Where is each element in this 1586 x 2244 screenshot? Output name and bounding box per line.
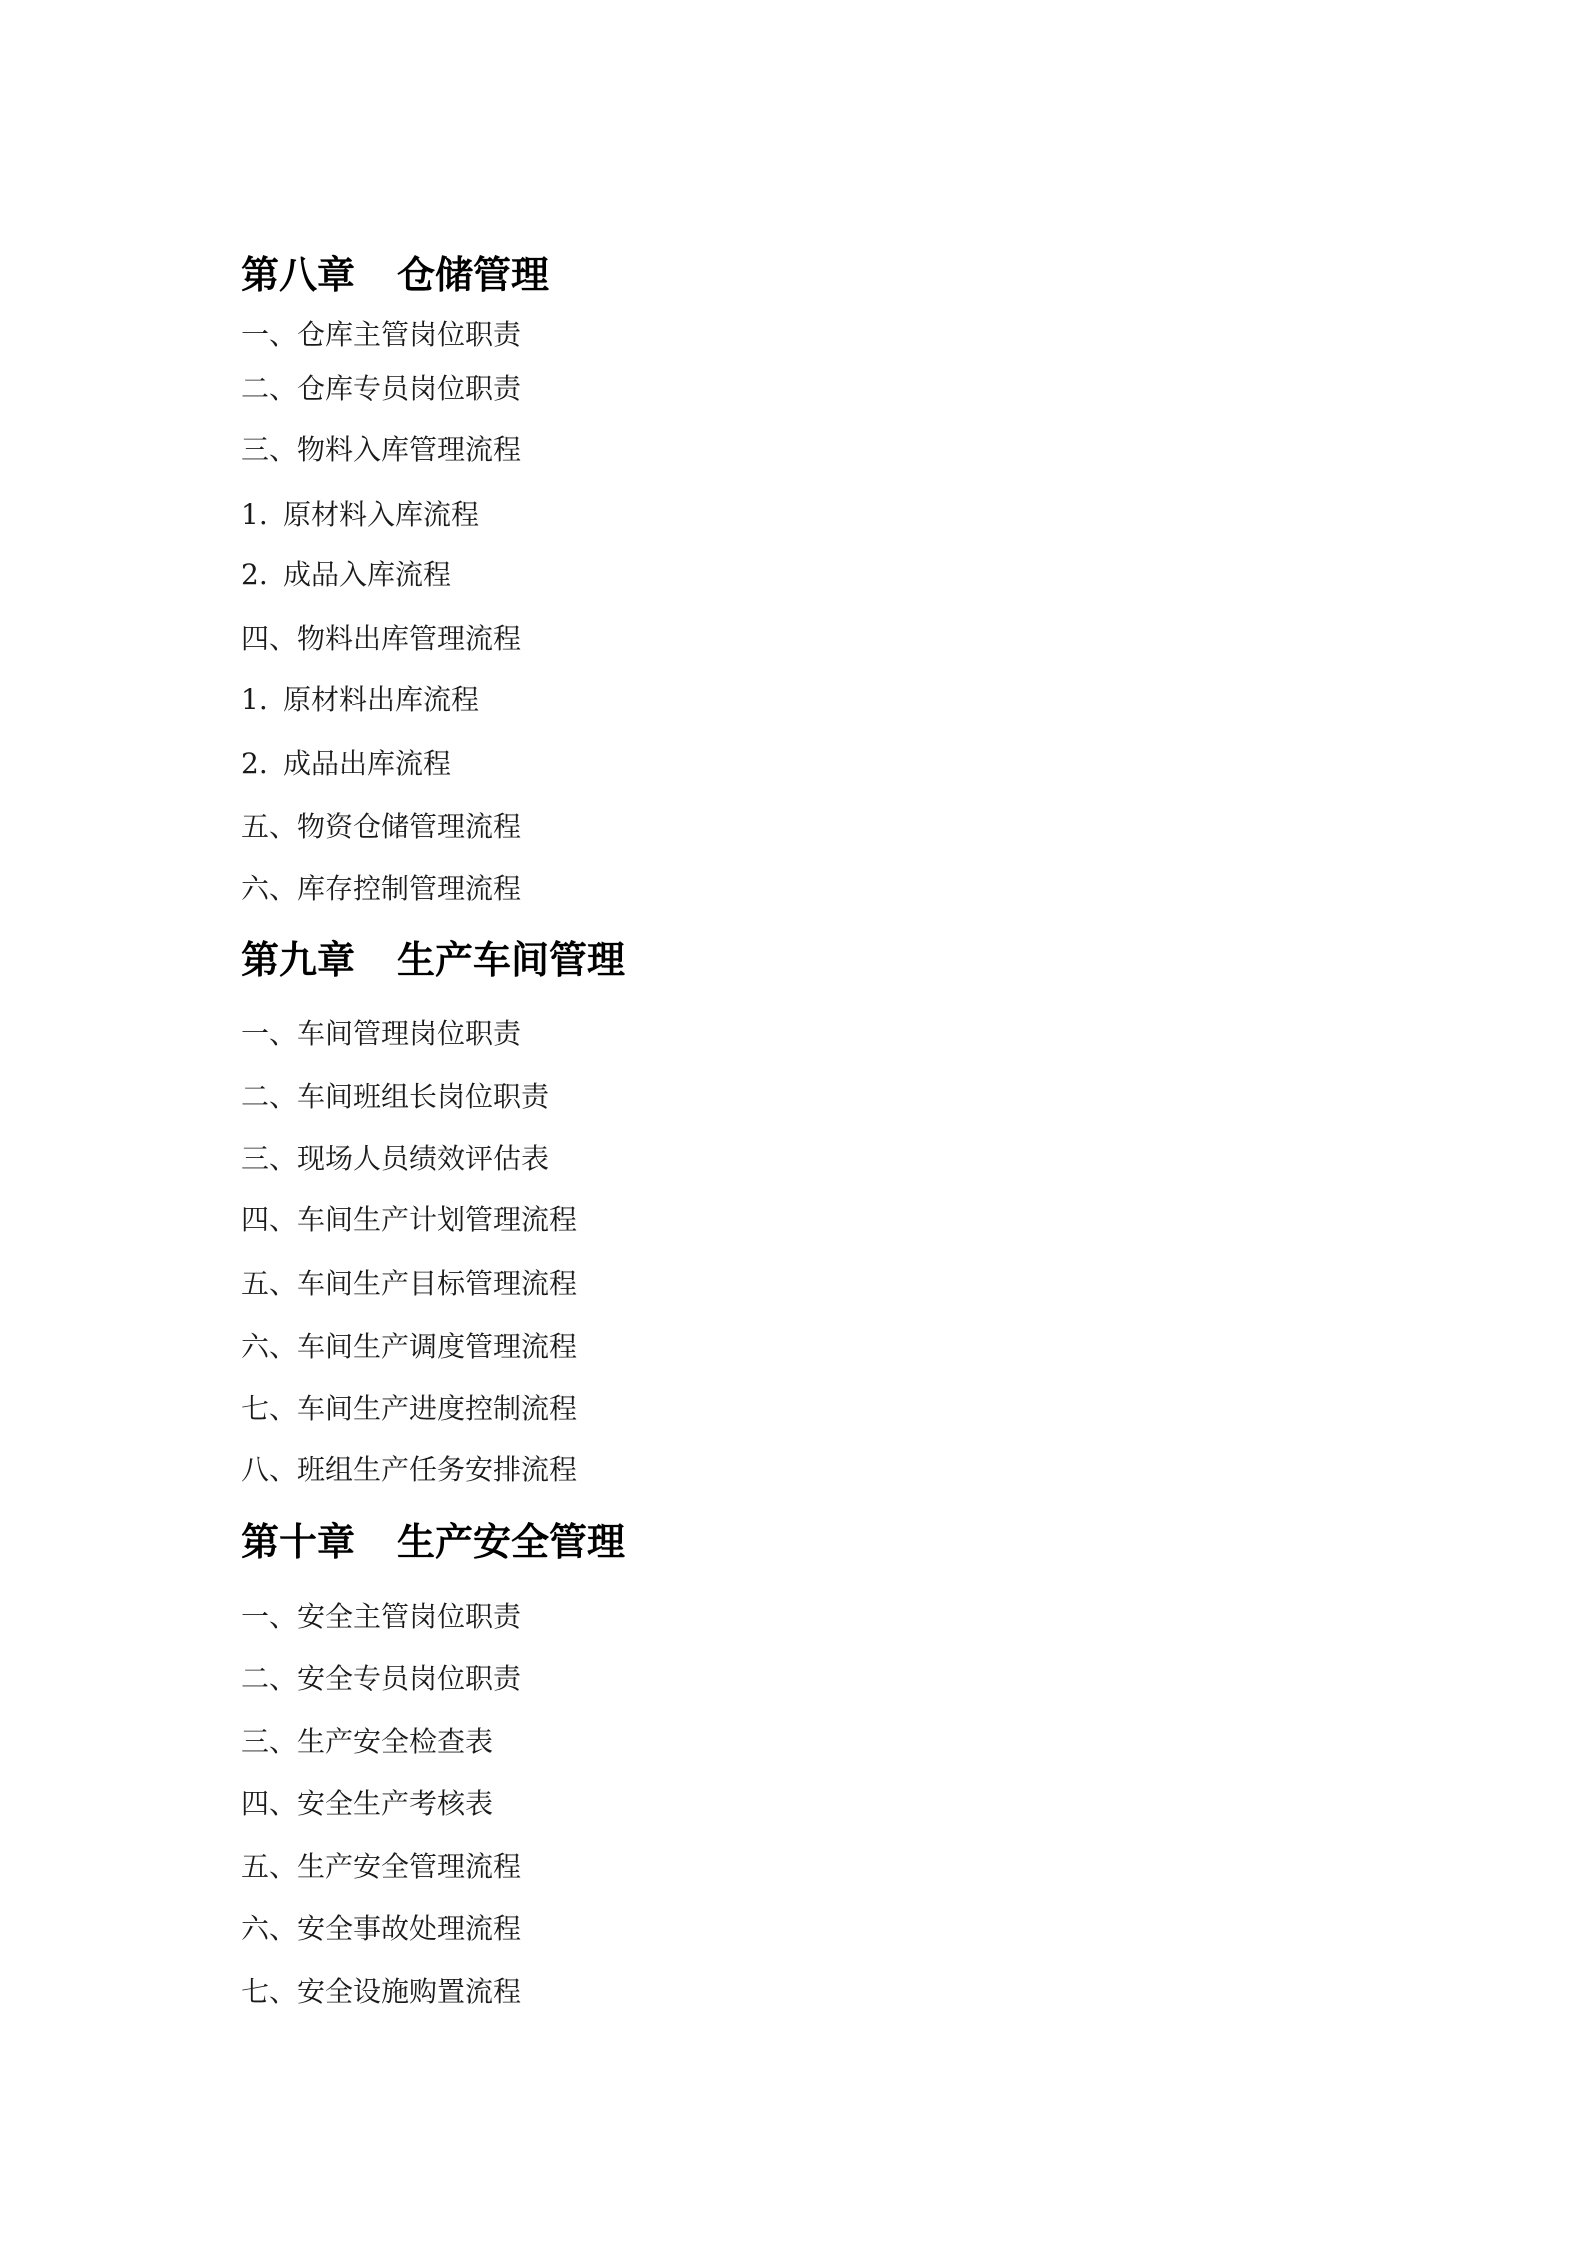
subitem-number: 2. <box>241 750 283 778</box>
toc-item: 四、车间生产计划管理流程 <box>241 1206 577 1234</box>
toc-item: 五、生产安全管理流程 <box>241 1853 521 1881</box>
document-page: 第八章仓储管理 一、仓库主管岗位职责 二、仓库专员岗位职责 三、物料入库管理流程… <box>0 0 1586 2244</box>
toc-subitem: 2.成品出库流程 <box>241 750 451 778</box>
toc-item: 八、班组生产任务安排流程 <box>241 1456 577 1484</box>
subitem-number: 1. <box>241 686 283 714</box>
chapter-number: 第十章 <box>241 1519 355 1564</box>
chapter-title: 生产车间管理 <box>397 937 625 982</box>
subitem-number: 2. <box>241 561 283 589</box>
chapter-title: 仓储管理 <box>397 252 549 297</box>
toc-item: 六、车间生产调度管理流程 <box>241 1333 577 1361</box>
toc-item: 三、生产安全检查表 <box>241 1728 493 1756</box>
toc-item: 七、安全设施购置流程 <box>241 1978 521 2006</box>
chapter-number: 第八章 <box>241 252 355 297</box>
toc-item: 二、安全专员岗位职责 <box>241 1665 521 1693</box>
toc-item: 六、库存控制管理流程 <box>241 875 521 903</box>
toc-item: 二、车间班组长岗位职责 <box>241 1083 549 1111</box>
toc-item: 五、物资仓储管理流程 <box>241 813 521 841</box>
toc-item: 一、安全主管岗位职责 <box>241 1603 521 1631</box>
subitem-text: 成品入库流程 <box>283 558 451 591</box>
toc-subitem: 2.成品入库流程 <box>241 561 451 589</box>
toc-item: 一、仓库主管岗位职责 <box>241 321 521 349</box>
subitem-text: 原材料出库流程 <box>283 683 479 716</box>
chapter-heading: 第八章仓储管理 <box>241 255 549 295</box>
toc-subitem: 1.原材料出库流程 <box>241 686 479 714</box>
toc-item: 三、物料入库管理流程 <box>241 436 521 464</box>
toc-item: 三、现场人员绩效评估表 <box>241 1145 549 1173</box>
subitem-text: 原材料入库流程 <box>283 498 479 531</box>
toc-item: 四、安全生产考核表 <box>241 1790 493 1818</box>
chapter-heading: 第十章生产安全管理 <box>241 1522 625 1562</box>
toc-item: 七、车间生产进度控制流程 <box>241 1395 577 1423</box>
chapter-number: 第九章 <box>241 937 355 982</box>
toc-subitem: 1.原材料入库流程 <box>241 501 479 529</box>
subitem-text: 成品出库流程 <box>283 747 451 780</box>
toc-item: 二、仓库专员岗位职责 <box>241 375 521 403</box>
toc-item: 六、安全事故处理流程 <box>241 1915 521 1943</box>
toc-item: 四、物料出库管理流程 <box>241 625 521 653</box>
toc-item: 一、车间管理岗位职责 <box>241 1020 521 1048</box>
chapter-heading: 第九章生产车间管理 <box>241 940 625 980</box>
subitem-number: 1. <box>241 501 283 529</box>
toc-item: 五、车间生产目标管理流程 <box>241 1270 577 1298</box>
chapter-title: 生产安全管理 <box>397 1519 625 1564</box>
